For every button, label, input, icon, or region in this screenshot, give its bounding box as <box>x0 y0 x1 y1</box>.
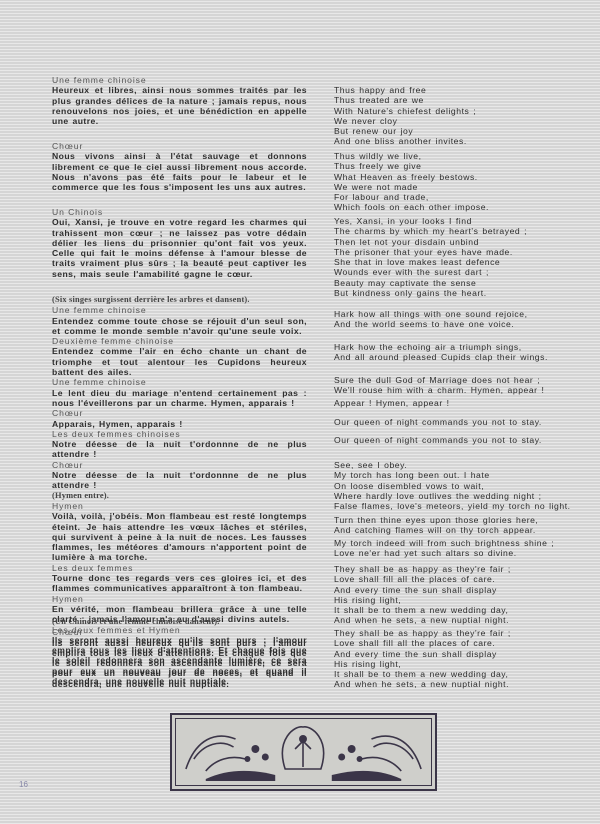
speaker-name: Une femme chinoise <box>52 377 307 387</box>
dialogue-text: Apparais, Hymen, apparais ! <box>52 419 307 429</box>
verse: Thus happy and free Thus treated are we … <box>334 85 574 147</box>
verse: See, see I obey. My torch has long been … <box>334 460 574 511</box>
speaker-name: Les deux femmes chinoises <box>52 429 307 439</box>
verse: Our queen of night commands you not to s… <box>334 417 574 427</box>
dialogue-text: Oui, Xansi, je trouve en votre regard le… <box>52 217 307 279</box>
dialogue-block: Chœur Nous vivons ainsi à l'état sauvage… <box>52 141 307 192</box>
speaker-name: Hymen <box>52 501 307 511</box>
stage-direction: (Hymen entre). <box>52 491 307 501</box>
verse: Hark how all things with one sound rejoi… <box>334 309 574 330</box>
speaker-name: Hymen <box>52 594 307 604</box>
speaker-name: Chœur <box>52 408 307 418</box>
decorative-ornament <box>170 713 437 791</box>
speaker-name: Un Chinois <box>52 207 307 217</box>
verse: Hark how the echoing air a triumph sings… <box>334 342 574 363</box>
speaker-name: Les deux femmes <box>52 563 307 573</box>
page-number: 16 <box>19 780 28 789</box>
dialogue-block: Un Chinois Oui, Xansi, je trouve en votr… <box>52 207 307 279</box>
dialogue-text: Heureux et libres, ainsi nous sommes tra… <box>52 85 307 126</box>
verse: My torch indeed will from such brightnes… <box>334 538 574 559</box>
dialogue-block: (Un Chinois et une femme chinoise dansen… <box>52 617 307 689</box>
dialogue-text: Entendez comme toute chose se réjouit d'… <box>52 316 307 337</box>
verse: Thus wildly we live, Thus freely we give… <box>334 151 574 213</box>
verse: They shall be as happy as they're fair ;… <box>334 564 574 626</box>
floral-ornament-icon <box>176 719 431 785</box>
speaker-name: Une femme chinoise <box>52 305 307 315</box>
dialogue-block: Une femme chinoise Heureux et libres, ai… <box>52 75 307 126</box>
verse: Appear ! Hymen, appear ! <box>334 398 574 408</box>
dialogue-text: Ils seront aussi heureux qu'ils sont pur… <box>52 638 307 689</box>
dialogue-text: Entendez comme l'air en écho chante un c… <box>52 346 307 377</box>
verse: Our queen of night commands you not to s… <box>334 435 574 445</box>
speaker-name: Deuxième femme chinoise <box>52 336 307 346</box>
speaker-name: Chœur <box>52 460 307 470</box>
speaker-name: Chœur <box>52 141 307 151</box>
verse: They shall be as happy as they're fair ;… <box>334 628 574 690</box>
verse: Turn then thine eyes upon those glories … <box>334 515 574 536</box>
verse: Yes, Xansi, in your looks I find The cha… <box>334 216 574 298</box>
dialogue-text: Tourne donc tes regards vers ces gloires… <box>52 573 307 594</box>
dialogue-text: Le lent dieu du mariage n'entend certain… <box>52 388 307 409</box>
verse: Sure the dull God of Marriage does not h… <box>334 375 574 396</box>
dialogue-text: Notre déesse de la nuit t'ordonnne de ne… <box>52 439 307 460</box>
speaker-name: Chœur <box>52 627 307 637</box>
speaker-name: Une femme chinoise <box>52 75 307 85</box>
dialogue-text: Voilà, voilà, j'obéis. Mon flambeau est … <box>52 511 307 562</box>
stage-direction: (Un Chinois et une femme chinoise dansen… <box>52 617 307 627</box>
dialogue-text: Nous vivons ainsi à l'état sauvage et do… <box>52 151 307 192</box>
dialogue-text: Notre déesse de la nuit t'ordonnne de ne… <box>52 470 307 491</box>
stage-direction: (Six singes surgissent derrière les arbr… <box>52 295 307 305</box>
